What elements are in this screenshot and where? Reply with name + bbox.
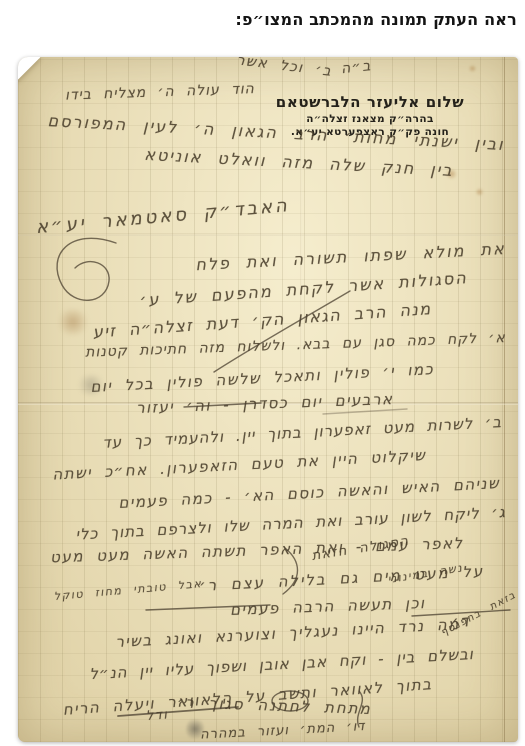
- handwritten-line: האבד״ק סאטמאר יע״א: [35, 195, 290, 238]
- handwritten-line: הוד עולה ה׳ מצליח בידו: [65, 81, 255, 104]
- pen-flourish-loop: [57, 238, 116, 300]
- ruled-margin-line: [504, 57, 505, 742]
- page: ראה העתק תמונה מהמכתב המצו״פ: שלום אליעז…: [0, 0, 525, 746]
- paper-stain: [475, 188, 484, 196]
- torn-corner: [18, 57, 41, 80]
- handwritten-line: ב׳ וכל אשר: [236, 57, 333, 80]
- fold-crease: [18, 233, 518, 236]
- handwritten-margin-note: אבל טובתי מחוז טוקל: [53, 577, 202, 603]
- letter-photo: שלום אליעזר הלברשטאם בהרה״ק מצאנז זצלה״ה…: [18, 57, 518, 742]
- handwritten-line: ארבעים יום כסדרן - וה׳ יעזור: [136, 390, 394, 417]
- handwritten-line: וכן תעשה הרבה פעמים: [230, 594, 426, 619]
- handwritten-line: מה נרד היינו נעגליך וצוערנא ואונג בשיר: [115, 615, 460, 651]
- paper-stain: [56, 309, 90, 335]
- letterhead-name: שלום אליעזר הלברשטאם: [255, 93, 485, 111]
- paper-stain: [468, 65, 477, 72]
- handwritten-line: ב׳ לשרות מעט זאפערון בתוך יין. ולהעמיד כ…: [102, 413, 502, 452]
- handwritten-signature-line: דו׳ המת׳ ועזור במהרה: [199, 719, 365, 742]
- handwritten-line: ב״ה: [341, 58, 373, 77]
- caption-text: ראה העתק תמונה מהמכתב המצו״פ:: [235, 10, 517, 29]
- handwritten-line: ודל: [145, 707, 169, 724]
